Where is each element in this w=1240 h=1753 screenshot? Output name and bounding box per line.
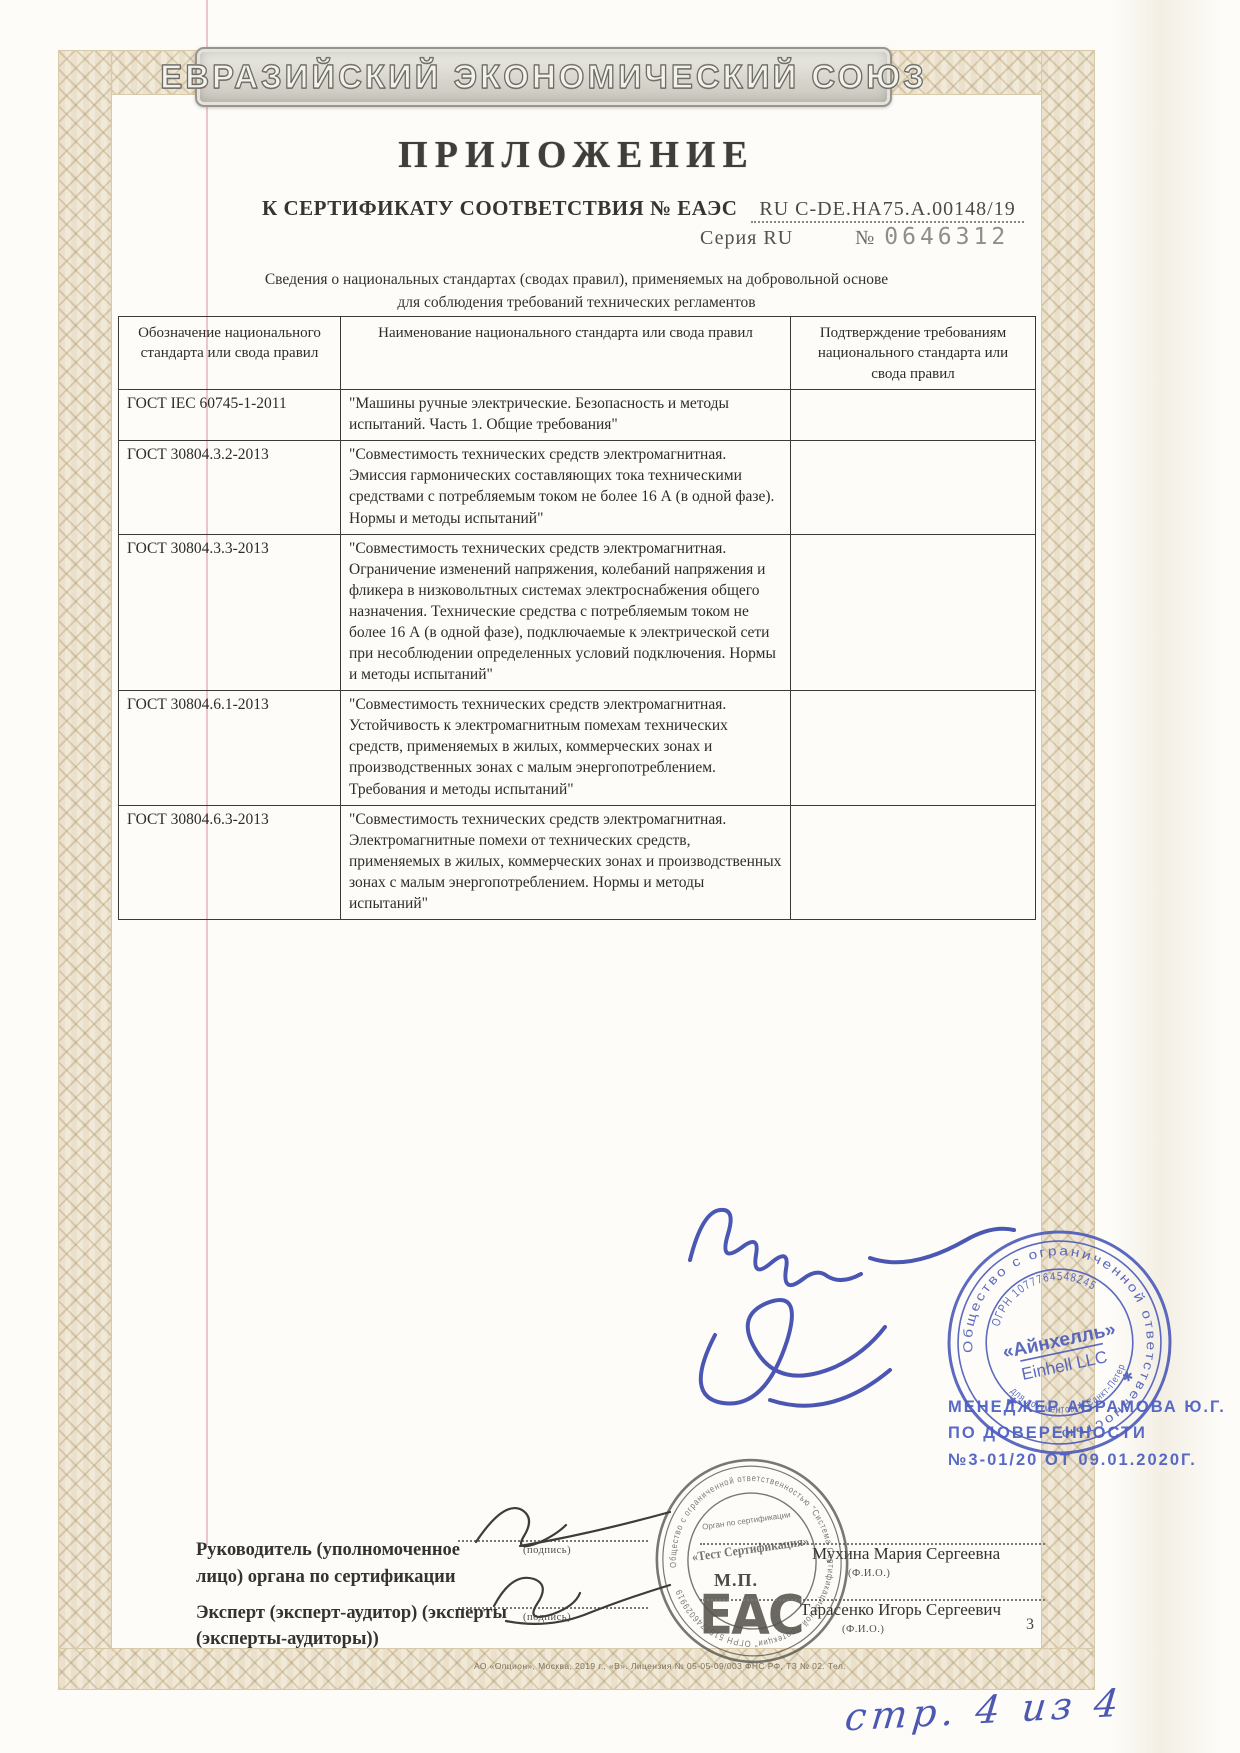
cell-name: "Машины ручные электрические. Безопаснос… — [341, 390, 791, 441]
series-number: 0646312 — [884, 224, 1009, 250]
eaeu-banner-text: ЕВРАЗИЙСКИЙ ЭКОНОМИЧЕСКИЙ СОЮЗ — [160, 58, 927, 96]
cell-confirmation — [791, 390, 1036, 441]
table-row: ГОСТ 30804.3.2-2013 "Совместимость техни… — [119, 441, 1036, 534]
cell-confirmation — [791, 805, 1036, 919]
cell-confirmation — [791, 691, 1036, 805]
cell-standard: ГОСТ 30804.6.1-2013 — [119, 691, 341, 805]
expert-signature — [472, 1566, 682, 1632]
cell-standard: ГОСТ 30804.6.3-2013 — [119, 805, 341, 919]
cell-standard: ГОСТ 30804.3.3-2013 — [119, 534, 341, 691]
intro-paragraph: Сведения о национальных стандартах (свод… — [118, 268, 1035, 315]
page-number: 3 — [1026, 1616, 1034, 1634]
printer-fine-print: АО «Опцион», Москва, 2019 г., «В». Лицен… — [300, 1661, 1020, 1671]
certificate-number: RU C-DE.HA75.A.00148/19 — [751, 198, 1023, 223]
certificate-label: К СЕРТИФИКАТУ СООТВЕТСТВИЯ № ЕАЭС — [262, 196, 737, 220]
series-line: Серия RU№0646312 — [700, 224, 1009, 250]
table-row: ГОСТ 30804.6.1-2013 "Совместимость техни… — [119, 691, 1036, 805]
cell-name: "Совместимость технических средств элект… — [341, 441, 791, 534]
border-pattern-left — [58, 50, 112, 1690]
intro-line-2: для соблюдения требований технических ре… — [118, 291, 1035, 314]
standards-table: Обозначение национального стандарта или … — [118, 316, 1036, 920]
eaeu-banner: ЕВРАЗИЙСКИЙ ЭКОНОМИЧЕСКИЙ СОЮЗ — [195, 47, 892, 107]
cell-name: "Совместимость технических средств элект… — [341, 534, 791, 691]
table-row: ГОСТ 30804.3.3-2013 "Совместимость техни… — [119, 534, 1036, 691]
applicant-signature — [620, 1140, 1080, 1440]
series-label: Серия RU — [700, 227, 793, 249]
cell-standard: ГОСТ IEC 60745-1-2011 — [119, 390, 341, 441]
cell-confirmation — [791, 534, 1036, 691]
head-signature — [462, 1496, 682, 1556]
page-title: ПРИЛОЖЕНИЕ — [118, 133, 1035, 177]
cell-name: "Совместимость технических средств элект… — [341, 805, 791, 919]
head-signatory-label: Руководитель (уполномоченное лицо) орган… — [196, 1537, 496, 1591]
certificate-page: ЕВРАЗИЙСКИЙ ЭКОНОМИЧЕСКИЙ СОЮЗ ПРИЛОЖЕНИ… — [0, 0, 1240, 1753]
table-header-row: Обозначение национального стандарта или … — [119, 317, 1036, 390]
intro-line-1: Сведения о национальных стандартах (свод… — [118, 268, 1035, 291]
cell-confirmation — [791, 441, 1036, 534]
certificate-line: К СЕРТИФИКАТУ СООТВЕТСТВИЯ № ЕАЭСRU C-DE… — [262, 196, 1024, 221]
manager-line-3: №3-01/20 ОТ 09.01.2020Г. — [948, 1447, 1226, 1473]
scan-shadow — [1112, 0, 1222, 1753]
test-cert-stamp: Общество с ограниченной ответственностью… — [638, 1442, 866, 1680]
header-name: Наименование национального стандарта или… — [341, 317, 791, 390]
series-no-sign: № — [855, 227, 874, 249]
test-cert-name: «Тест Сертификация» — [691, 1533, 810, 1564]
header-confirmation: Подтверждение требованиям национального … — [791, 317, 1036, 390]
header-standard: Обозначение национального стандарта или … — [119, 317, 341, 390]
test-cert-top-text: Орган по сертификации — [702, 1510, 791, 1531]
table-row: ГОСТ IEC 60745-1-2011 "Машины ручные эле… — [119, 390, 1036, 441]
cell-standard: ГОСТ 30804.3.2-2013 — [119, 441, 341, 534]
cell-name: "Совместимость технических средств элект… — [341, 691, 791, 805]
table-row: ГОСТ 30804.6.3-2013 "Совместимость техни… — [119, 805, 1036, 919]
star-icon: ✱ — [1121, 1368, 1135, 1385]
